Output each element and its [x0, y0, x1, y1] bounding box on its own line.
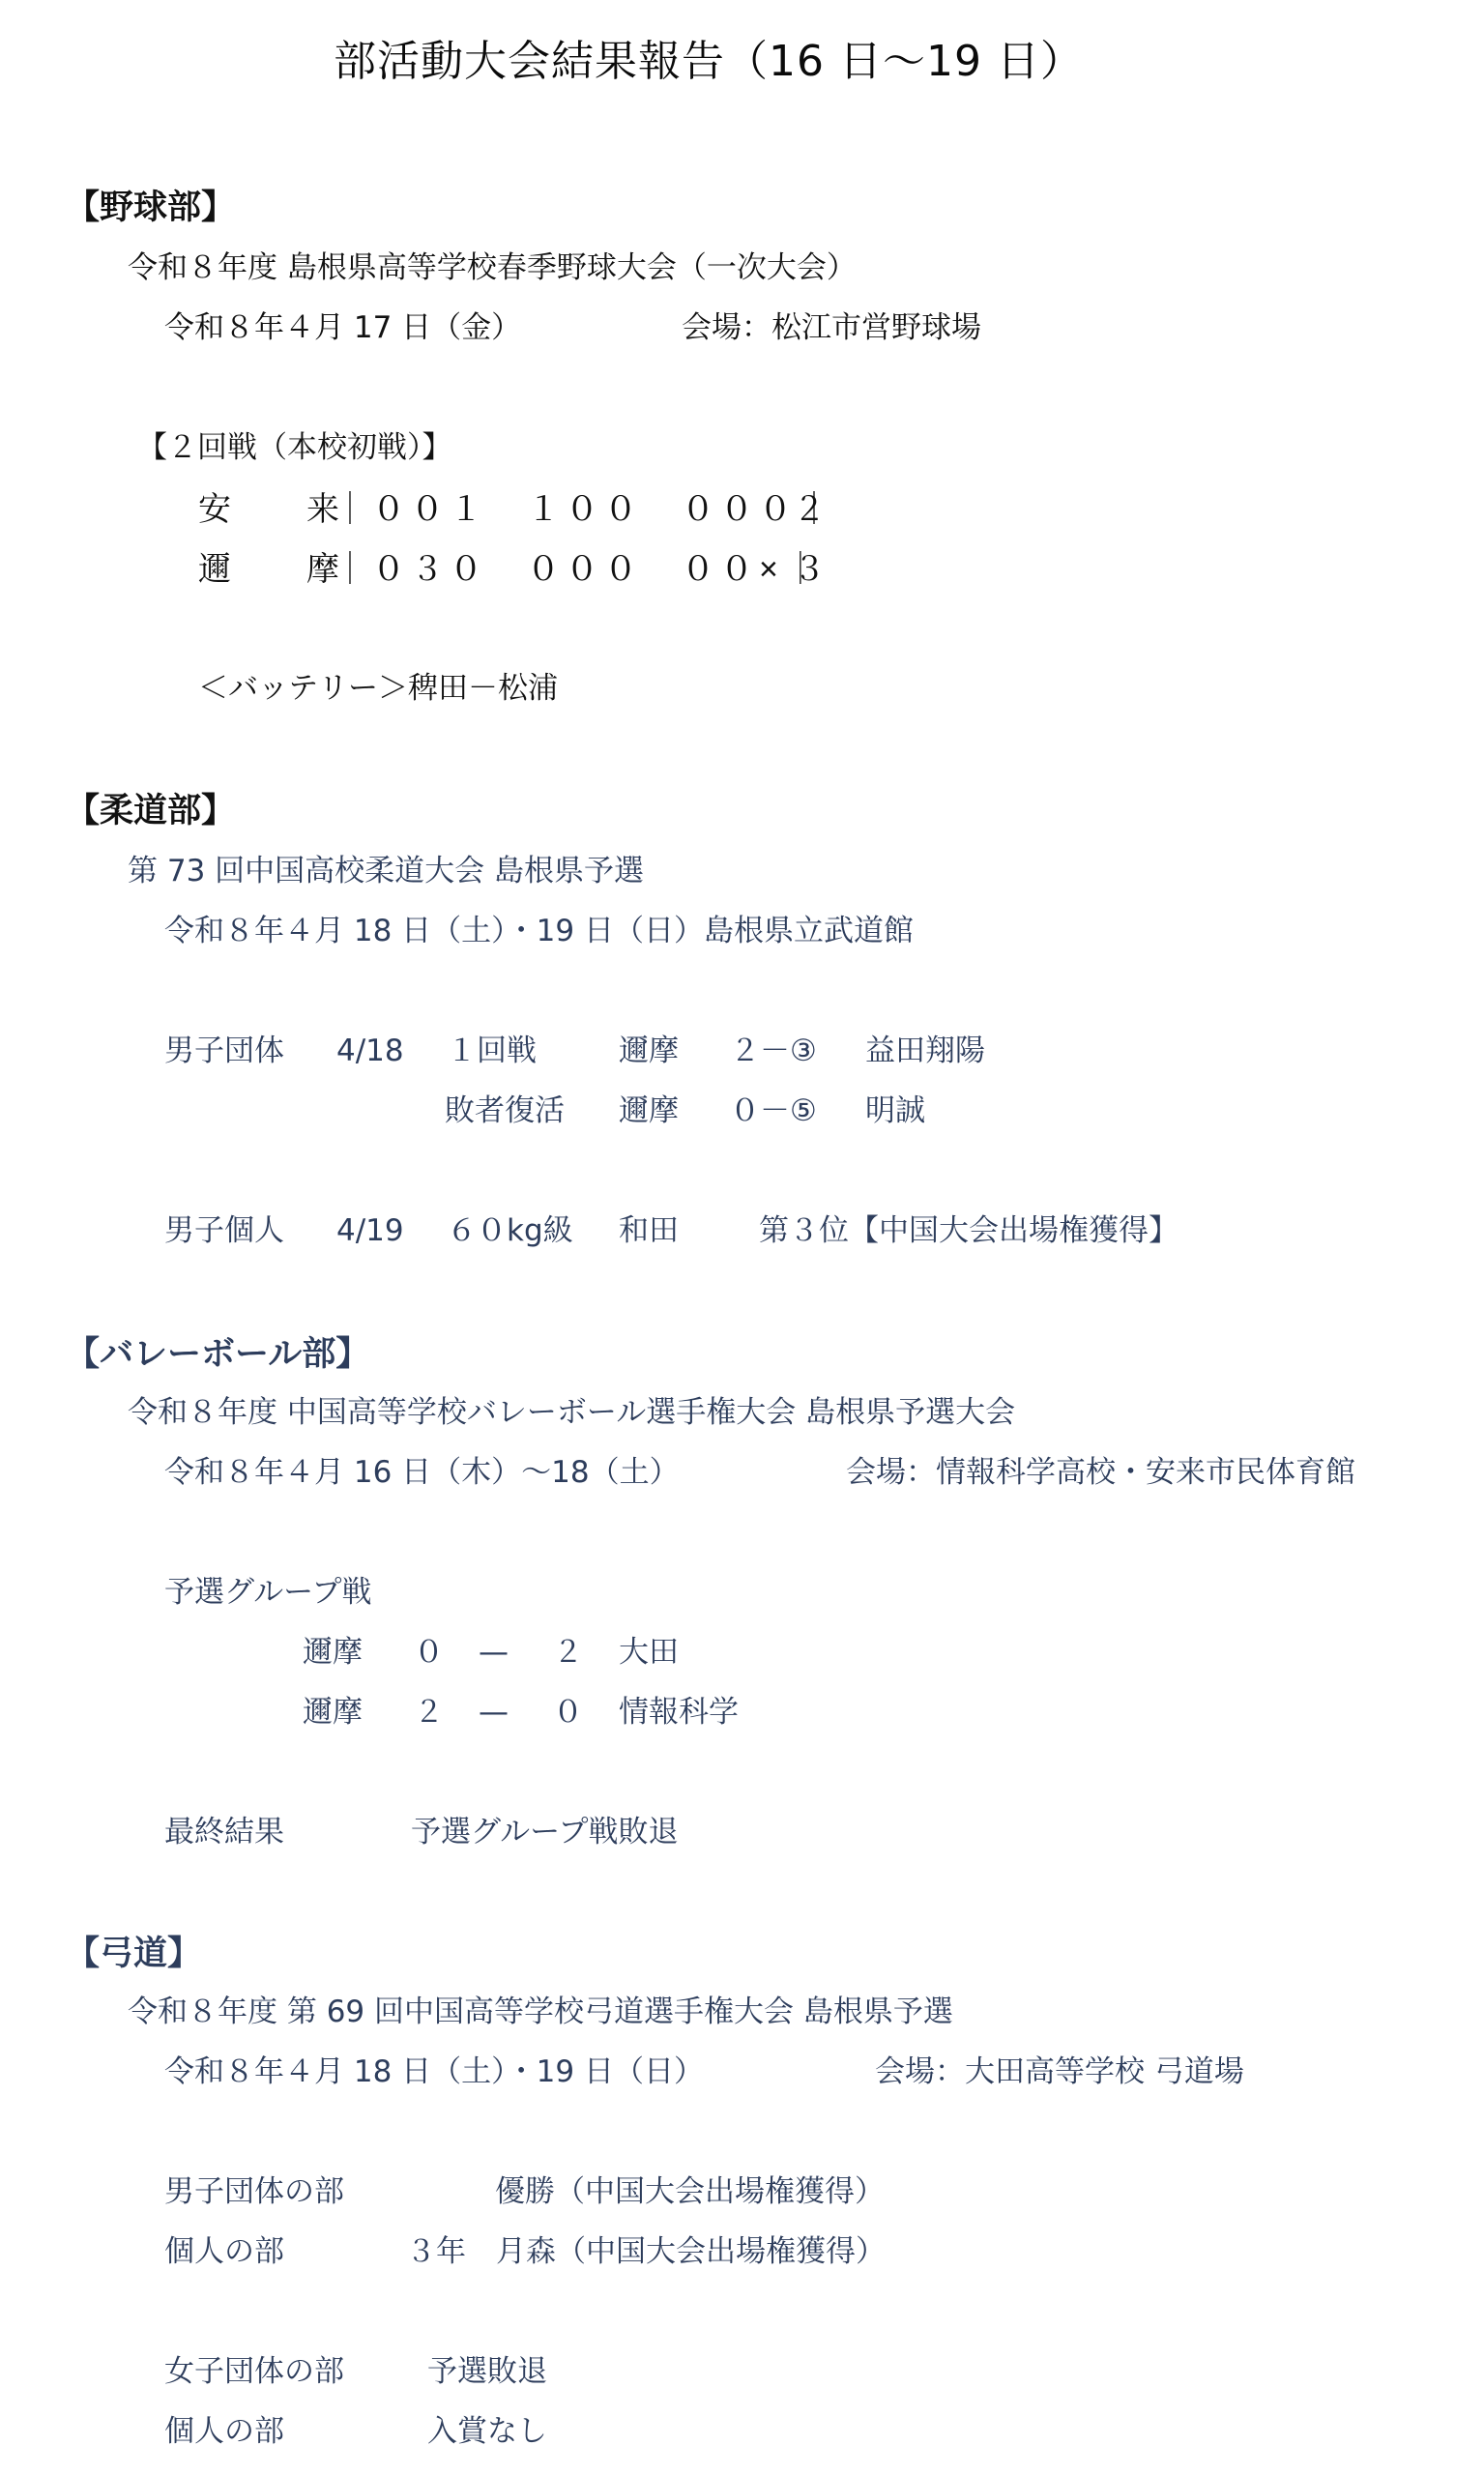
match-date: 令和８年４月 18 日（土）・19 日（日）	[164, 2057, 704, 2087]
score: ０－⑤	[730, 1096, 817, 1126]
page-title: 部活動大会結果報告（16 日～19 日）	[334, 41, 1084, 83]
opponent: 明誠	[865, 1096, 925, 1126]
final-result-label: 最終結果	[164, 1818, 284, 1848]
category-label: 個人の部	[164, 2417, 284, 2447]
weight-class: ６０kg級	[447, 1216, 573, 1246]
match-date: 令和８年４月 17 日（金）	[164, 313, 521, 343]
match-date: 令和８年４月 16 日（木）～18（土）	[164, 1458, 680, 1488]
score-away: ２	[553, 1638, 583, 1668]
battery: ＜バッテリー＞稗田－松浦	[198, 674, 558, 704]
category-label: 女子団体の部	[164, 2357, 344, 2387]
tournament-name: 令和８年度 第 69 回中国高等学校弓道選手権大会 島根県予選	[128, 1997, 953, 2027]
category-label: 男子団体の部	[164, 2177, 344, 2207]
round: 敗者復活	[445, 1096, 565, 1126]
section-heading-baseball: 【野球部】	[66, 191, 235, 225]
score-away: ０	[553, 1698, 583, 1728]
score-home: ２	[414, 1698, 444, 1728]
match-date: 4/18	[336, 1036, 404, 1066]
score-dash: —	[479, 1638, 509, 1668]
inning-scores: ｜００１ １００ ０００｜	[334, 493, 836, 526]
match-venue: 会場：情報科学高校・安来市民体育館	[846, 1458, 1355, 1488]
match-venue: 会場：松江市営野球場	[682, 313, 981, 343]
section-heading-volleyball: 【バレーボール部】	[66, 1338, 369, 1372]
team: 邇摩	[303, 1638, 363, 1668]
section-heading-judo: 【柔道部】	[66, 795, 235, 829]
team: 邇摩	[619, 1036, 679, 1066]
category-label: 個人の部	[164, 2237, 284, 2267]
total-score: ３	[793, 553, 826, 586]
score: ２－③	[730, 1036, 817, 1066]
placement: 第３位【中国大会出場権獲得】	[759, 1216, 1178, 1246]
category-label: 男子団体	[164, 1036, 284, 1066]
tournament-name: 第 73 回中国高校柔道大会 島根県予選	[128, 857, 644, 887]
section-heading-kyudo: 【弓道】	[66, 1937, 201, 1971]
result: ３年 月森（中国大会出場権獲得）	[406, 2237, 886, 2267]
final-result: 予選グループ戦敗退	[411, 1818, 679, 1848]
opponent: 情報科学	[619, 1698, 739, 1728]
match-date-venue: 令和８年４月 18 日（土）・19 日（日）島根県立武道館	[164, 917, 914, 946]
result: 入賞なし	[427, 2417, 547, 2447]
total-score: ２	[793, 493, 826, 526]
result: 優勝（中国大会出場権獲得）	[495, 2177, 885, 2207]
match-date: 4/19	[336, 1216, 404, 1246]
athlete-name: 和田	[619, 1216, 679, 1246]
category-label: 男子個人	[164, 1216, 284, 1246]
round: １回戦	[447, 1036, 537, 1066]
tournament-name: 令和８年度 島根県高等学校春季野球大会（一次大会）	[128, 253, 857, 283]
result: 予選敗退	[427, 2357, 547, 2387]
inning-scores: ｜０３０ ０００ ００×｜	[334, 553, 823, 586]
team: 邇摩	[619, 1096, 679, 1126]
score-dash: —	[479, 1698, 509, 1728]
round-label: 【２回戦（本校初戦）】	[137, 433, 452, 463]
score-home: ０	[414, 1638, 444, 1668]
opponent: 益田翔陽	[865, 1036, 985, 1066]
team: 邇摩	[303, 1698, 363, 1728]
group-stage-label: 予選グループ戦	[164, 1578, 372, 1608]
tournament-name: 令和８年度 中国高等学校バレーボール選手権大会 島根県予選大会	[128, 1398, 1015, 1428]
opponent: 大田	[619, 1638, 679, 1668]
match-venue: 会場：大田高等学校 弓道場	[875, 2057, 1244, 2087]
